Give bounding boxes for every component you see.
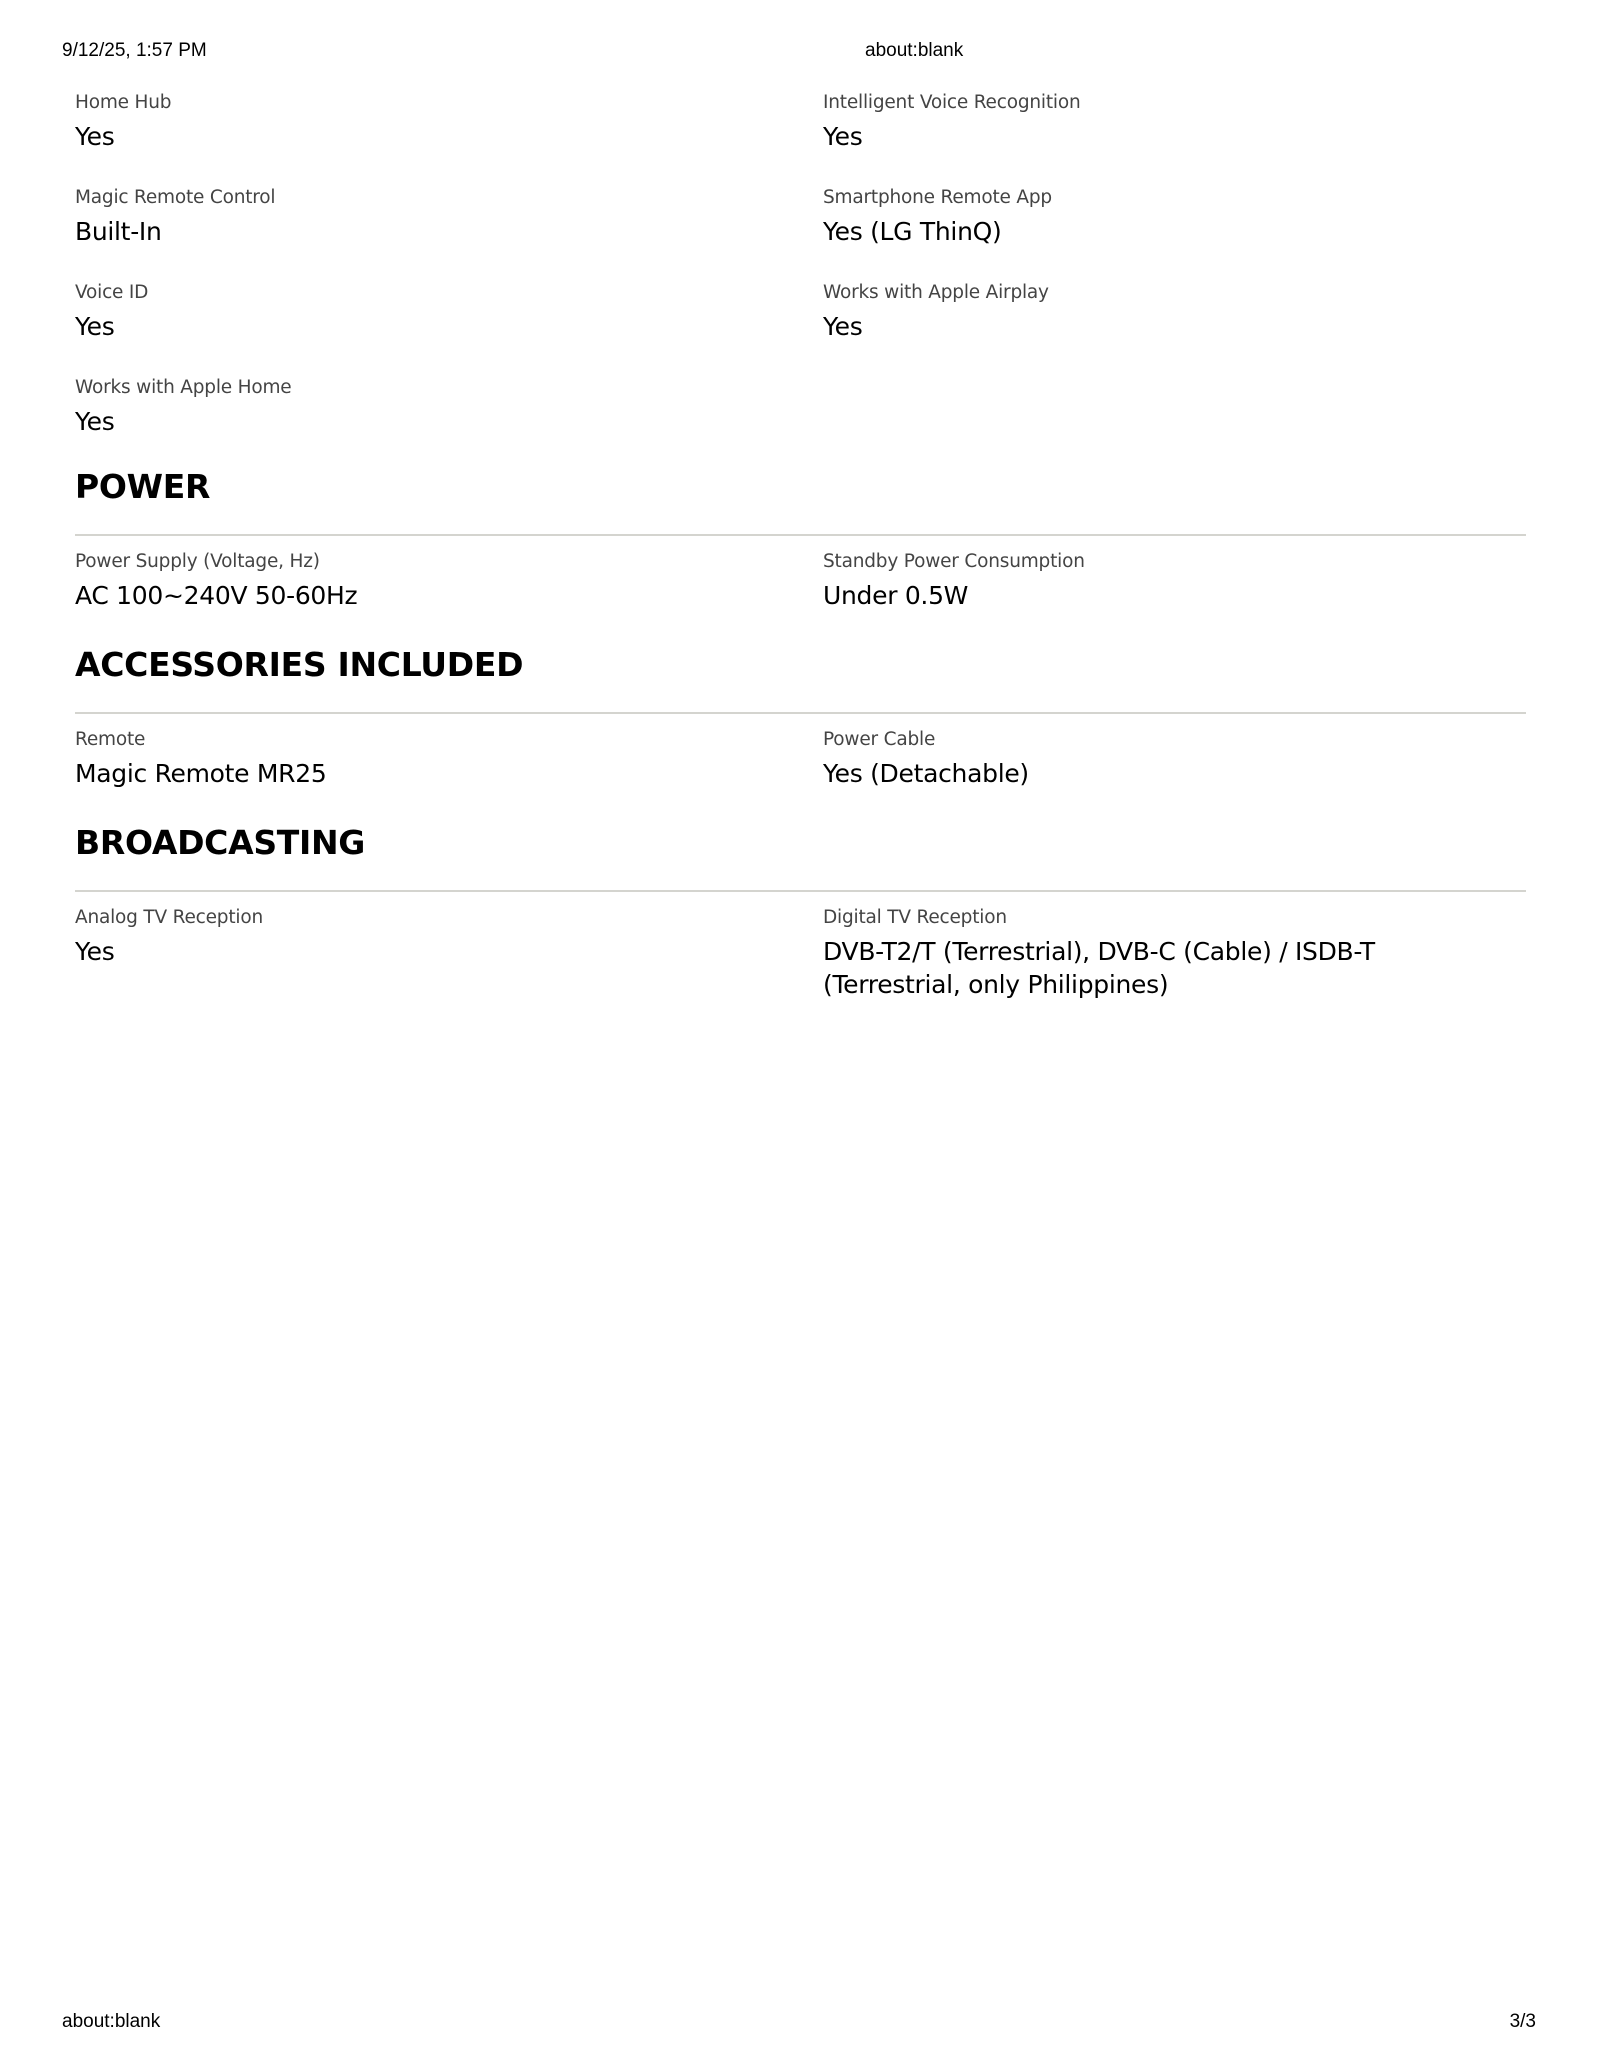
section-title: POWER bbox=[75, 467, 1526, 507]
print-footer-url: about:blank bbox=[62, 2011, 160, 2033]
spec-item-digital-tv-reception: Digital TV Reception DVB-T2/T (Terrestri… bbox=[823, 905, 1526, 1001]
spec-value: Built-In bbox=[75, 215, 823, 248]
spec-value: Yes (Detachable) bbox=[823, 757, 1526, 790]
spec-item-intelligent-voice-recognition: Intelligent Voice Recognition Yes bbox=[823, 90, 1526, 185]
spec-label: Home Hub bbox=[75, 90, 823, 116]
section-divider bbox=[75, 534, 1526, 536]
spec-item-remote: Remote Magic Remote MR25 bbox=[75, 727, 823, 823]
spec-value: AC 100~240V 50-60Hz bbox=[75, 579, 823, 612]
spec-label: Works with Apple Airplay bbox=[823, 280, 1526, 306]
spec-label: Power Cable bbox=[823, 727, 1526, 753]
section-title: ACCESSORIES INCLUDED bbox=[75, 645, 1526, 685]
spec-label: Power Supply (Voltage, Hz) bbox=[75, 549, 823, 575]
spec-value: Magic Remote MR25 bbox=[75, 757, 823, 790]
print-footer-page-number: 3/3 bbox=[1510, 2011, 1536, 2033]
spec-label: Works with Apple Home bbox=[75, 375, 823, 401]
spec-value: Yes bbox=[75, 310, 823, 343]
print-header-url: about:blank bbox=[865, 40, 963, 62]
spec-value: DVB-T2/T (Terrestrial), DVB-C (Cable) / … bbox=[823, 935, 1446, 1001]
spec-value: Yes bbox=[75, 405, 823, 438]
section-broadcasting: BROADCASTING Analog TV Reception Yes Dig… bbox=[75, 823, 1526, 1001]
spec-label: Analog TV Reception bbox=[75, 905, 823, 931]
spec-item-voice-id: Voice ID Yes bbox=[75, 280, 823, 375]
spec-value: Yes (LG ThinQ) bbox=[823, 215, 1526, 248]
print-header-datetime: 9/12/25, 1:57 PM bbox=[62, 40, 207, 62]
spec-item-magic-remote-control: Magic Remote Control Built-In bbox=[75, 185, 823, 280]
spec-label: Remote bbox=[75, 727, 823, 753]
spec-grid-smart-features: Home Hub Yes Intelligent Voice Recogniti… bbox=[75, 90, 1526, 470]
section-accessories-included: ACCESSORIES INCLUDED Remote Magic Remote… bbox=[75, 645, 1526, 823]
spec-item-standby-power: Standby Power Consumption Under 0.5W bbox=[823, 549, 1526, 645]
spec-value: Yes bbox=[823, 120, 1526, 153]
spec-value: Yes bbox=[75, 935, 823, 968]
spec-item-power-supply: Power Supply (Voltage, Hz) AC 100~240V 5… bbox=[75, 549, 823, 645]
spec-label: Smartphone Remote App bbox=[823, 185, 1526, 211]
spec-item-smartphone-remote-app: Smartphone Remote App Yes (LG ThinQ) bbox=[823, 185, 1526, 280]
section-title: BROADCASTING bbox=[75, 823, 1526, 863]
spec-label: Magic Remote Control bbox=[75, 185, 823, 211]
spec-label: Standby Power Consumption bbox=[823, 549, 1526, 575]
spec-label: Voice ID bbox=[75, 280, 823, 306]
spec-item-works-with-apple-airplay: Works with Apple Airplay Yes bbox=[823, 280, 1526, 375]
spec-item-analog-tv-reception: Analog TV Reception Yes bbox=[75, 905, 823, 1001]
spec-value: Yes bbox=[75, 120, 823, 153]
spec-value: Under 0.5W bbox=[823, 579, 1526, 612]
spec-label: Intelligent Voice Recognition bbox=[823, 90, 1526, 116]
section-divider bbox=[75, 712, 1526, 714]
spec-item-home-hub: Home Hub Yes bbox=[75, 90, 823, 185]
spec-value: Yes bbox=[823, 310, 1526, 343]
spec-label: Digital TV Reception bbox=[823, 905, 1446, 931]
spec-item-works-with-apple-home: Works with Apple Home Yes bbox=[75, 375, 823, 470]
section-divider bbox=[75, 890, 1526, 892]
section-power: POWER Power Supply (Voltage, Hz) AC 100~… bbox=[75, 467, 1526, 645]
spec-content: Home Hub Yes Intelligent Voice Recogniti… bbox=[75, 90, 1526, 1001]
spec-item-power-cable: Power Cable Yes (Detachable) bbox=[823, 727, 1526, 823]
